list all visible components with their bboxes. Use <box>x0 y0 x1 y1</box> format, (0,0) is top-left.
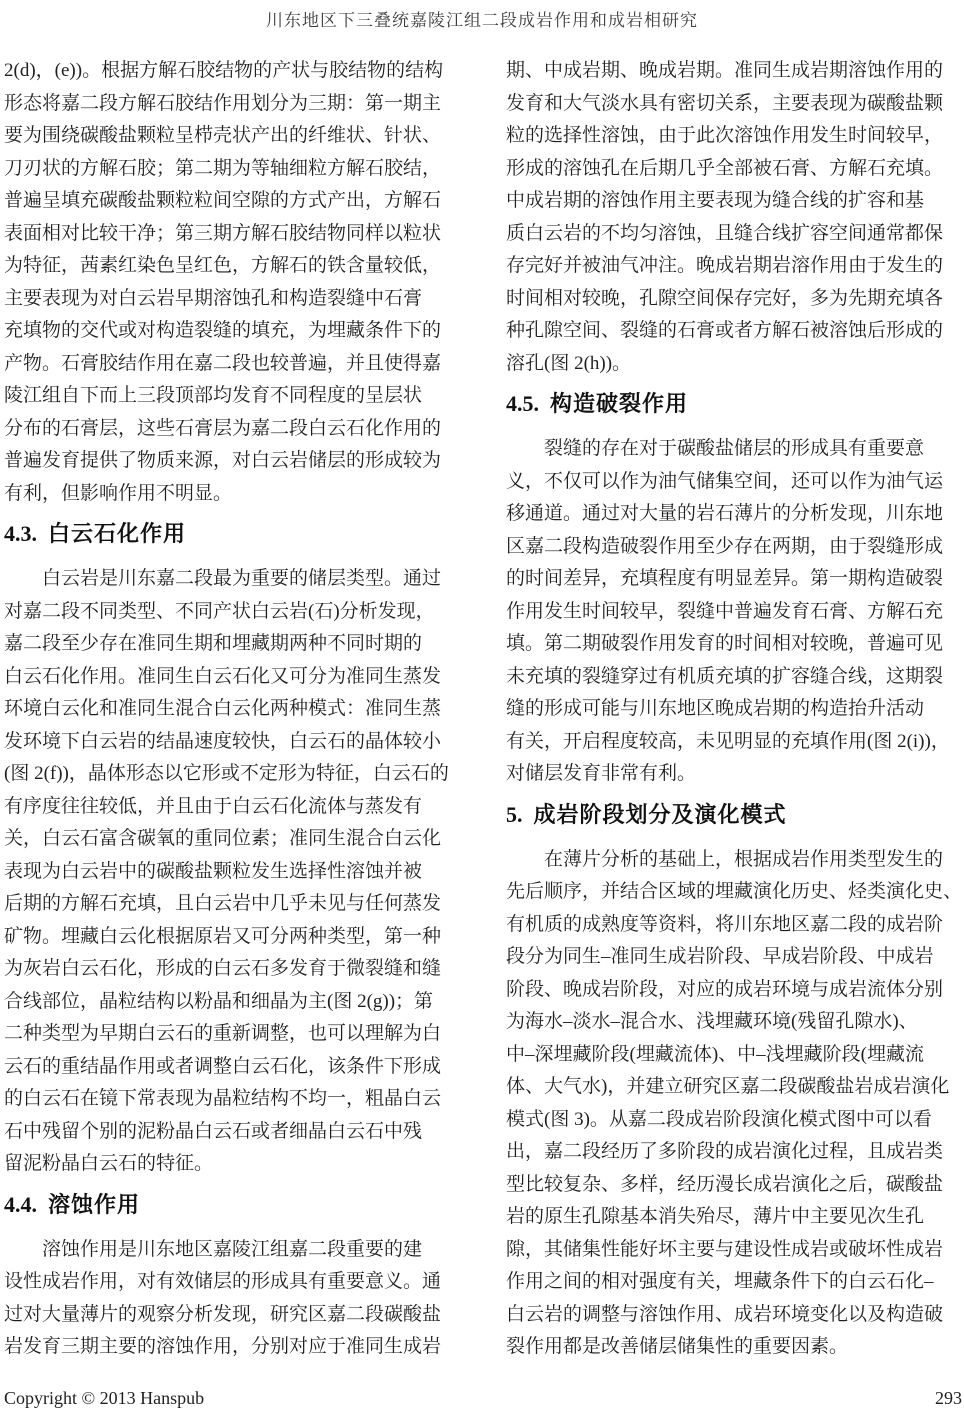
text-line: 裂作用都是改善储层储集性的重要因素。 <box>506 1331 963 1364</box>
running-head-title: 川东地区下三叠统嘉陵江组二段成岩作用和成岩相研究 <box>0 6 964 31</box>
text-line: 缝的形成可能与川东地区晚成岩期的构造抬升活动 <box>506 693 963 726</box>
text-line: 表现为白云岩中的碳酸盐颗粒发生选择性溶蚀并被 <box>4 856 461 889</box>
text-line: 模式(图 3)。从嘉二段成岩阶段演化模式图中可以看 <box>506 1104 963 1137</box>
text-line: 有关，开启程度较高，未见明显的充填作用(图 2(i))， <box>506 726 963 759</box>
page-footer: Copyright © 2013 Hanspub 293 <box>4 1388 962 1409</box>
text-line: 岩发育三期主要的溶蚀作用，分别对应于准同生成岩 <box>4 1331 461 1364</box>
text-line: 有利，但影响作用不明显。 <box>4 478 461 511</box>
section-heading: 4.4. 溶蚀作用 <box>4 1190 461 1220</box>
text-line: 有机质的成熟度等资料，将川东地区嘉二段的成岩阶 <box>506 909 963 942</box>
text-line: 有序度往往较低，并且由于白云石化流体与蒸发有 <box>4 791 461 824</box>
page-number: 293 <box>935 1388 962 1409</box>
section-number: 4.5. <box>506 391 539 416</box>
text-line: 作用发生时间较早，裂缝中普遍发育石膏、方解石充 <box>506 596 963 629</box>
text-line: 白云石化作用。准同生白云石化又可分为准同生蒸发 <box>4 661 461 694</box>
text-line: 关，白云石富含碳氧的重同位素；准同生混合白云化 <box>4 823 461 856</box>
section-number: 5. <box>506 802 523 827</box>
section-title: 白云石化作用 <box>48 522 186 547</box>
text-line: 出，嘉二段经历了多阶段的成岩演化过程，且成岩类 <box>506 1136 963 1169</box>
text-line: 溶蚀作用是川东地区嘉陵江组嘉二段重要的建 <box>4 1234 461 1267</box>
text-line: 先后顺序，并结合区域的埋藏演化历史、烃类演化史、 <box>506 876 963 909</box>
text-line: 后期的方解石充填，且白云岩中几乎未见与任何蒸发 <box>4 888 461 921</box>
text-line: 刀刃状的方解石胶；第二期为等轴细粒方解石胶结， <box>4 153 461 186</box>
text-line: 填。第二期破裂作用发育的时间相对较晚，普遍可见 <box>506 628 963 661</box>
text-line: 表面相对比较干净；第三期方解石胶结物同样以粒状 <box>4 218 461 251</box>
text-line: 留泥粉晶白云石的特征。 <box>4 1148 461 1181</box>
left-column: 2(d)，(e))。根据方解石胶结物的产状与胶结物的结构形态将嘉二段方解石胶结作… <box>4 55 461 1364</box>
text-line: 移通道。通过对大量的岩石薄片的分析发现，川东地 <box>506 498 963 531</box>
text-line: 矿物。埋藏白云化根据原岩又可分两种类型，第一种 <box>4 921 461 954</box>
text-line: 形成的溶蚀孔在后期几乎全部被石膏、方解石充填。 <box>506 153 963 186</box>
text-line: 未充填的裂缝穿过有机质充填的扩容缝合线，这期裂 <box>506 661 963 694</box>
text-line: 中成岩期的溶蚀作用主要表现为缝合线的扩容和基 <box>506 185 963 218</box>
text-line: 合线部位，晶粒结构以粉晶和细晶为主(图 2(g))；第 <box>4 986 461 1019</box>
two-column-body: 2(d)，(e))。根据方解石胶结物的产状与胶结物的结构形态将嘉二段方解石胶结作… <box>4 55 961 1364</box>
text-line: 二种类型为早期白云石的重新调整，也可以理解为白 <box>4 1018 461 1051</box>
section-title: 构造破裂作用 <box>550 392 688 417</box>
text-line: (图 2(f))，晶体形态以它形或不定形为特征，白云石的 <box>4 758 461 791</box>
section-heading: 5. 成岩阶段划分及演化模式 <box>506 800 963 830</box>
right-column: 期、中成岩期、晚成岩期。准同生成岩期溶蚀作用的发育和大气淡水具有密切关系，主要表… <box>506 55 963 1364</box>
text-line: 白云岩是川东嘉二段最为重要的储层类型。通过 <box>4 563 461 596</box>
text-line: 体、大气水)，并建立研究区嘉二段碳酸盐岩成岩演化 <box>506 1071 963 1104</box>
text-line: 为灰岩白云石化，形成的白云石多发育于微裂缝和缝 <box>4 953 461 986</box>
text-line: 质白云岩的不均匀溶蚀，且缝合线扩容空间通常都保 <box>506 218 963 251</box>
section-number: 4.4. <box>4 1192 37 1217</box>
text-line: 对储层发育非常有利。 <box>506 758 963 791</box>
text-line: 隙，其储集性能好坏主要与建设性成岩或破坏性成岩 <box>506 1234 963 1267</box>
section-title: 溶蚀作用 <box>48 1193 140 1218</box>
text-line: 过对大量薄片的观察分析发现，研究区嘉二段碳酸盐 <box>4 1299 461 1332</box>
paragraph: 2(d)，(e))。根据方解石胶结物的产状与胶结物的结构形态将嘉二段方解石胶结作… <box>4 55 461 510</box>
section-heading: 4.5. 构造破裂作用 <box>506 389 963 419</box>
text-line: 充填物的交代或对构造裂缝的填充，为埋藏条件下的 <box>4 315 461 348</box>
text-line: 发育和大气淡水具有密切关系，主要表现为碳酸盐颗 <box>506 88 963 121</box>
text-line: 发环境下白云岩的结晶速度较快，白云石的晶体较小 <box>4 726 461 759</box>
text-line: 2(d)，(e))。根据方解石胶结物的产状与胶结物的结构 <box>4 55 461 88</box>
text-line: 裂缝的存在对于碳酸盐储层的形成具有重要意 <box>506 433 963 466</box>
text-line: 主要表现为对白云岩早期溶蚀孔和构造裂缝中石膏 <box>4 283 461 316</box>
text-line: 存完好并被油气冲注。晚成岩期岩溶作用由于发生的 <box>506 250 963 283</box>
text-line: 为特征，茜素红染色呈红色，方解石的铁含量较低， <box>4 250 461 283</box>
text-line: 分布的石膏层，这些石膏层为嘉二段白云石化作用的 <box>4 413 461 446</box>
section-title: 成岩阶段划分及演化模式 <box>534 803 787 828</box>
paragraph: 裂缝的存在对于碳酸盐储层的形成具有重要意义，不仅可以作为油气储集空间，还可以作为… <box>506 433 963 791</box>
section-number: 4.3. <box>4 521 37 546</box>
text-line: 期、中成岩期、晚成岩期。准同生成岩期溶蚀作用的 <box>506 55 963 88</box>
text-line: 为海水–淡水–混合水、浅埋藏环境(残留孔隙水)、 <box>506 1006 963 1039</box>
text-line: 溶孔(图 2(h))。 <box>506 348 963 381</box>
text-line: 型比较复杂、多样，经历漫长成岩演化之后，碳酸盐 <box>506 1169 963 1202</box>
paragraph: 期、中成岩期、晚成岩期。准同生成岩期溶蚀作用的发育和大气淡水具有密切关系，主要表… <box>506 55 963 380</box>
text-line: 普遍呈填充碳酸盐颗粒粒间空隙的方式产出，方解石 <box>4 185 461 218</box>
text-line: 对嘉二段不同类型、不同产状白云岩(石)分析发现， <box>4 596 461 629</box>
copyright-notice: Copyright © 2013 Hanspub <box>4 1388 204 1409</box>
text-line: 中–深埋藏阶段(埋藏流体)、中–浅埋藏阶段(埋藏流 <box>506 1039 963 1072</box>
text-line: 区嘉二段构造破裂作用至少存在两期，由于裂缝形成 <box>506 531 963 564</box>
text-line: 白云岩的调整与溶蚀作用、成岩环境变化以及构造破 <box>506 1299 963 1332</box>
text-line: 时间相对较晚，孔隙空间保存完好，多为先期充填各 <box>506 283 963 316</box>
text-line: 在薄片分析的基础上，根据成岩作用类型发生的 <box>506 844 963 877</box>
text-line: 要为围绕碳酸盐颗粒呈栉壳状产出的纤维状、针状、 <box>4 120 461 153</box>
text-line: 粒的选择性溶蚀，由于此次溶蚀作用发生时间较早， <box>506 120 963 153</box>
paragraph: 在薄片分析的基础上，根据成岩作用类型发生的先后顺序，并结合区域的埋藏演化历史、烃… <box>506 844 963 1364</box>
text-line: 的白云石在镜下常表现为晶粒结构不均一，粗晶白云 <box>4 1083 461 1116</box>
text-line: 的时间差异，充填程度有明显差异。第一期构造破裂 <box>506 563 963 596</box>
text-line: 环境白云化和准同生混合白云化两种模式：准同生蒸 <box>4 693 461 726</box>
text-line: 石中残留个别的泥粉晶白云石或者细晶白云石中残 <box>4 1116 461 1149</box>
text-line: 阶段、晚成岩阶段，对应的成岩环境与成岩流体分别 <box>506 974 963 1007</box>
text-line: 义，不仅可以作为油气储集空间，还可以作为油气运 <box>506 466 963 499</box>
text-line: 种孔隙空间、裂缝的石膏或者方解石被溶蚀后形成的 <box>506 315 963 348</box>
paragraph: 白云岩是川东嘉二段最为重要的储层类型。通过对嘉二段不同类型、不同产状白云岩(石)… <box>4 563 461 1181</box>
text-line: 形态将嘉二段方解石胶结作用划分为三期：第一期主 <box>4 88 461 121</box>
paper-page: 川东地区下三叠统嘉陵江组二段成岩作用和成岩相研究 2(d)，(e))。根据方解石… <box>0 0 964 1414</box>
text-line: 云石的重结晶作用或者调整白云石化，该条件下形成 <box>4 1051 461 1084</box>
text-line: 作用之间的相对强度有关，埋藏条件下的白云石化– <box>506 1266 963 1299</box>
text-line: 陵江组自下而上三段顶部均发育不同程度的呈层状 <box>4 380 461 413</box>
text-line: 产物。石膏胶结作用在嘉二段也较普遍，并且使得嘉 <box>4 348 461 381</box>
section-heading: 4.3. 白云石化作用 <box>4 519 461 549</box>
text-line: 岩的原生孔隙基本消失殆尽，薄片中主要见次生孔 <box>506 1201 963 1234</box>
paragraph: 溶蚀作用是川东地区嘉陵江组嘉二段重要的建设性成岩作用，对有效储层的形成具有重要意… <box>4 1234 461 1364</box>
text-line: 普遍发育提供了物质来源，对白云岩储层的形成较为 <box>4 445 461 478</box>
text-line: 段分为同生–准同生成岩阶段、早成岩阶段、中成岩 <box>506 941 963 974</box>
text-line: 嘉二段至少存在准同生期和埋藏期两种不同时期的 <box>4 628 461 661</box>
text-line: 设性成岩作用，对有效储层的形成具有重要意义。通 <box>4 1266 461 1299</box>
